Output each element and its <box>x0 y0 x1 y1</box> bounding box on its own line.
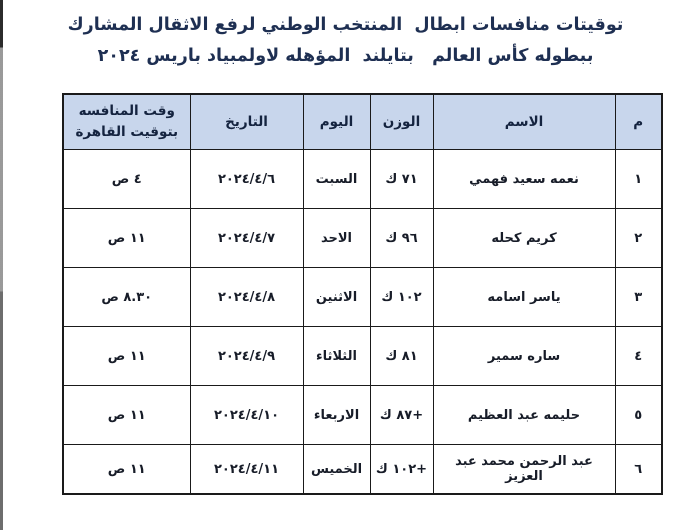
document-page: توقيتات منافسات ابطال المنتخب الوطني لرف… <box>0 0 691 530</box>
title-line-2: ببطوله كأس العالم بتايلند المؤهله لاولمب… <box>0 41 691 72</box>
header-date: التاريخ <box>190 94 303 150</box>
time-cell: ١١ ص <box>63 445 190 495</box>
athlete-name-cell: كريم كحله <box>433 209 615 268</box>
athlete-name-cell: ساره سمير <box>433 327 615 386</box>
time-cell: ٨.٣٠ ص <box>63 268 190 327</box>
time-cell: ١١ ص <box>63 327 190 386</box>
table-row: ٥ حليمه عبد العظيم +٨٧ ك الاربعاء ٢٠٢٤/٤… <box>63 386 662 445</box>
day-cell: الخميس <box>303 445 370 495</box>
date-cell: ٢٠٢٤/٤/٧ <box>190 209 303 268</box>
day-cell: الاثنين <box>303 268 370 327</box>
date-cell: ٢٠٢٤/٤/١١ <box>190 445 303 495</box>
day-cell: السبت <box>303 150 370 209</box>
title-line-1: توقيتات منافسات ابطال المنتخب الوطني لرف… <box>0 10 691 41</box>
table-row: ٣ ياسر اسامه ١٠٢ ك الاثنين ٢٠٢٤/٤/٨ ٨.٣٠… <box>63 268 662 327</box>
weight-cell: +١٠٢ ك <box>370 445 433 495</box>
weight-cell: ٨١ ك <box>370 327 433 386</box>
weight-cell: ٩٦ ك <box>370 209 433 268</box>
row-number-cell: ٦ <box>615 445 662 495</box>
date-cell: ٢٠٢٤/٤/١٠ <box>190 386 303 445</box>
day-cell: الاحد <box>303 209 370 268</box>
date-cell: ٢٠٢٤/٤/٦ <box>190 150 303 209</box>
header-number: م <box>615 94 662 150</box>
document-title: توقيتات منافسات ابطال المنتخب الوطني لرف… <box>0 10 691 72</box>
row-number-cell: ٣ <box>615 268 662 327</box>
day-cell: الاربعاء <box>303 386 370 445</box>
table-row: ٢ كريم كحله ٩٦ ك الاحد ٢٠٢٤/٤/٧ ١١ ص <box>63 209 662 268</box>
weight-cell: ٧١ ك <box>370 150 433 209</box>
weight-cell: ١٠٢ ك <box>370 268 433 327</box>
table-row: ٦ عبد الرحمن محمد عبد العزيز +١٠٢ ك الخم… <box>63 445 662 495</box>
time-cell: ٤ ص <box>63 150 190 209</box>
athlete-name-cell: ياسر اسامه <box>433 268 615 327</box>
header-time-line2: بتوقيت القاهرة <box>66 122 188 143</box>
date-cell: ٢٠٢٤/٤/٨ <box>190 268 303 327</box>
header-row: م الاسم الوزن اليوم التاريخ وقت المنافسه… <box>63 94 662 150</box>
header-time: وقت المنافسه بتوقيت القاهرة <box>63 94 190 150</box>
athlete-name-cell: عبد الرحمن محمد عبد العزيز <box>433 445 615 495</box>
row-number-cell: ٢ <box>615 209 662 268</box>
time-cell: ١١ ص <box>63 209 190 268</box>
row-number-cell: ١ <box>615 150 662 209</box>
competition-schedule-table: م الاسم الوزن اليوم التاريخ وقت المنافسه… <box>62 93 663 495</box>
athlete-name-cell: حليمه عبد العظيم <box>433 386 615 445</box>
weight-cell: +٨٧ ك <box>370 386 433 445</box>
time-cell: ١١ ص <box>63 386 190 445</box>
athlete-name-cell: نعمه سعيد فهمي <box>433 150 615 209</box>
header-time-line1: وقت المنافسه <box>66 101 188 122</box>
header-name: الاسم <box>433 94 615 150</box>
row-number-cell: ٥ <box>615 386 662 445</box>
table-row: ١ نعمه سعيد فهمي ٧١ ك السبت ٢٠٢٤/٤/٦ ٤ ص <box>63 150 662 209</box>
header-day: اليوم <box>303 94 370 150</box>
row-number-cell: ٤ <box>615 327 662 386</box>
day-cell: الثلاثاء <box>303 327 370 386</box>
scan-edge-artifact <box>0 0 3 530</box>
table-row: ٤ ساره سمير ٨١ ك الثلاثاء ٢٠٢٤/٤/٩ ١١ ص <box>63 327 662 386</box>
header-weight: الوزن <box>370 94 433 150</box>
date-cell: ٢٠٢٤/٤/٩ <box>190 327 303 386</box>
